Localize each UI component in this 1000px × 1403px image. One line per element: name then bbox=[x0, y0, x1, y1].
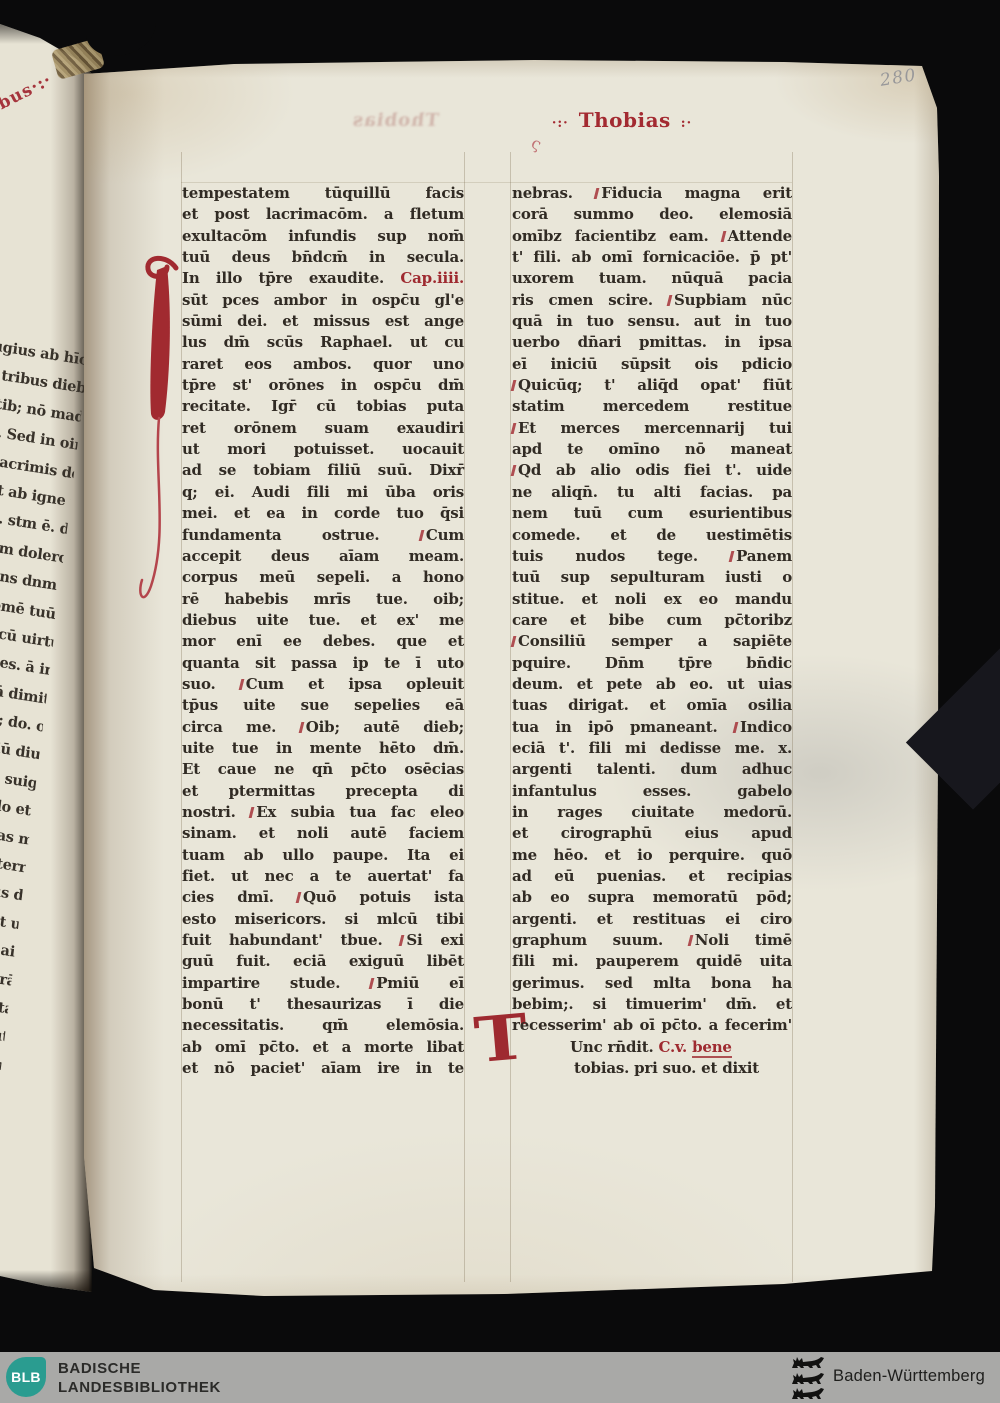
text-line: ut mori potuisset. uocauit bbox=[182, 440, 464, 461]
text-line: apd te omīno nō maneat bbox=[512, 440, 792, 461]
text-line: et ptermittas precepta di bbox=[182, 782, 464, 803]
text-line: uerbo dn̄ari pmittas. in ipsa bbox=[512, 333, 792, 354]
text-line: In illo tp̄re exaudite. Cap.iiii. bbox=[182, 269, 464, 290]
text-line: Unc rn̄dit. C.v. bene bbox=[512, 1038, 792, 1059]
blb-logo: BLB bbox=[6, 1357, 46, 1397]
text-line: tempestatem tūquillū facis bbox=[182, 184, 464, 205]
text-line: et nō paciet' aīam ire in te bbox=[182, 1059, 464, 1080]
text-line: Consiliū semper a sapiēte bbox=[512, 632, 792, 653]
text-line: recesserim' ab oī pc̄to. a fecerim' bbox=[512, 1016, 792, 1037]
text-line: mor enī ee debes. que et bbox=[182, 632, 464, 653]
initial-I-rubric bbox=[136, 252, 186, 697]
text-line: guū fuit. eciā exiguū libēt bbox=[182, 952, 464, 973]
red-paragraph-tick bbox=[511, 380, 517, 391]
text-line: care et bibe cum pc̄toribz bbox=[512, 611, 792, 632]
text-line: argenti. et restituas ei ciro bbox=[512, 910, 792, 931]
text-line: recitate. Igr̄ cū tobias puta bbox=[182, 397, 464, 418]
library-footer-bar: BLB BADISCHE LANDESBIBLIOTHEK Baden-Würt… bbox=[0, 1352, 1000, 1403]
text-line: sūmi dei. et missus est ange bbox=[182, 312, 464, 333]
text-line: fiet. ut nec a te auertat' fa bbox=[182, 867, 464, 888]
text-line: circa me. Oib; autē dieb; bbox=[182, 718, 464, 739]
red-paragraph-tick bbox=[511, 636, 517, 647]
lion-icon bbox=[791, 1372, 825, 1385]
main-page: 280 Thobias ·:· Thobias :· ς T tempestat… bbox=[84, 56, 940, 1314]
text-line: eciā t'. fili mi dedisse me. x. bbox=[512, 739, 792, 760]
text-line: sūt pces ambor in ospc̄u gl'e bbox=[182, 291, 464, 312]
text-line: statim mercedem restitue bbox=[512, 397, 792, 418]
text-line: tua in ipō pmaneant. Indico bbox=[512, 718, 792, 739]
running-title-text: Thobias bbox=[579, 108, 671, 132]
ruling-line bbox=[181, 182, 792, 183]
text-line: ad se tobiam filiū suū. Dixr̄ bbox=[182, 461, 464, 482]
red-paragraph-tick bbox=[511, 465, 517, 476]
text-line: tuū deus bn̄dcm̄ in secula. bbox=[182, 248, 464, 269]
lion-icon bbox=[791, 1387, 825, 1400]
text-line: ad eū puenias. et recipias bbox=[512, 867, 792, 888]
text-line: tp̄re st' orōnes in ospc̄u dm̄ bbox=[182, 376, 464, 397]
text-line: diebus uite tue. et ex' me bbox=[182, 611, 464, 632]
text-line: nem tuū cum esurientibus bbox=[512, 504, 792, 525]
ruling-line bbox=[792, 152, 793, 1282]
text-line: in rages ciuitate medorū. bbox=[512, 803, 792, 824]
text-line: graphum suum. Noli timē bbox=[512, 931, 792, 952]
text-line: stitue. et noli ex eo mandu bbox=[512, 590, 792, 611]
text-line: lus dm̄ scūs Raphael. ut cu bbox=[182, 333, 464, 354]
text-line: Qd ab alio odis fiei t'. uide bbox=[512, 461, 792, 482]
page-number: 280 bbox=[879, 65, 919, 91]
text-line: uxorem tuam. nūquā pacia bbox=[512, 269, 792, 290]
title-flourish: ς bbox=[529, 133, 545, 154]
text-line: pquire. Dn̄m tp̄re bn̄dic bbox=[512, 654, 792, 675]
text-line: corpus meū sepeli. a hono bbox=[182, 568, 464, 589]
red-paragraph-tick bbox=[594, 188, 600, 199]
library-name-line1: BADISCHE bbox=[58, 1359, 221, 1378]
text-line: impartire stude. Pmiū eī bbox=[182, 974, 464, 995]
ruling-line bbox=[510, 152, 511, 1282]
text-line: deum. et pete ab eo. ut uias bbox=[512, 675, 792, 696]
text-line: gerimus. sed mlta bona ha bbox=[512, 974, 792, 995]
facing-page-strip: bus·:· sugius ab hīoet tribus dieb;octib… bbox=[0, 14, 92, 1292]
text-line: me hēo. et io perquire. quō bbox=[512, 846, 792, 867]
text-line: Et caue ne qn̄ pc̄to osēcias bbox=[182, 760, 464, 781]
text-column-1: tempestatem tūquillū faciset post lacrim… bbox=[182, 184, 464, 1080]
text-line: tuū sup sepulturam iusti o bbox=[512, 568, 792, 589]
text-line: tp̄us uite sue sepelies eā bbox=[182, 696, 464, 717]
text-line: nebras. Fiducia magna erit bbox=[512, 184, 792, 205]
coat-of-arms-icon bbox=[791, 1356, 825, 1400]
text-line: tuis nudos tege. Panem bbox=[512, 547, 792, 568]
gutter-shadow bbox=[86, 0, 156, 56]
text-line: fuit habundant' tbue. Si exi bbox=[182, 931, 464, 952]
facing-page-header-fragment: bus·:· bbox=[0, 70, 55, 114]
text-column-2: nebras. Fiducia magna eritcorā summo deo… bbox=[512, 184, 792, 1080]
text-line: ab omī pc̄to. et a morte libat bbox=[182, 1038, 464, 1059]
text-line: ne aliqn̄. tu alti facias. pa bbox=[512, 483, 792, 504]
text-line: fundamenta ostrue. Cum bbox=[182, 526, 464, 547]
running-title: ·:· Thobias :· bbox=[512, 108, 732, 132]
text-line: et post lacrimacōm. a fletum bbox=[182, 205, 464, 226]
text-line: ris cmen scire. Supbiam nūc bbox=[512, 291, 792, 312]
text-line: ab eo supra memoratū pōd; bbox=[512, 888, 792, 909]
text-line: tuas dirigat. et omīa osilia bbox=[512, 696, 792, 717]
text-line: corā summo deo. elemosiā bbox=[512, 205, 792, 226]
text-line: bebim;. si timuerim' dm̄. et bbox=[512, 995, 792, 1016]
text-line: nostri. Ex subia tua fac eleo bbox=[182, 803, 464, 824]
text-line: accepit deus aīam meam. bbox=[182, 547, 464, 568]
text-line: Et merces mercennarij tui bbox=[512, 419, 792, 440]
title-ornament-left: ·:· bbox=[552, 116, 569, 131]
text-line: exultacōm infundis sup nom̄ bbox=[182, 227, 464, 248]
library-name: BADISCHE LANDESBIBLIOTHEK bbox=[58, 1359, 221, 1397]
text-line: tuam ab ullo paupe. Ita ei bbox=[182, 846, 464, 867]
text-line: argenti talenti. dum adhuc bbox=[512, 760, 792, 781]
text-line: omībz facientibz eam. Attende bbox=[512, 227, 792, 248]
red-paragraph-tick bbox=[511, 423, 517, 434]
ruling-line bbox=[464, 152, 465, 1282]
text-line: rē habebis mrīs tue. oib; bbox=[182, 590, 464, 611]
text-line: quanta sit passa ip te ī uto bbox=[182, 654, 464, 675]
text-line: tobias. pri suo. et dixit bbox=[512, 1059, 792, 1080]
text-line: esto misericors. si mlcū tibi bbox=[182, 910, 464, 931]
red-paragraph-tick bbox=[399, 935, 405, 946]
text-line: cies dmī. Quō potuis ista bbox=[182, 888, 464, 909]
library-name-line2: LANDESBIBLIOTHEK bbox=[58, 1378, 221, 1397]
text-line: suo. Cum et ipsa opleuit bbox=[182, 675, 464, 696]
text-line: comede. et de uestimētis bbox=[512, 526, 792, 547]
lion-icon bbox=[791, 1356, 825, 1369]
region-name: Baden-Württemberg bbox=[833, 1367, 985, 1386]
text-line: quā in tuo sensu. aut in tuo bbox=[512, 312, 792, 333]
text-line: uite tue in mente hēto dm̄. bbox=[182, 739, 464, 760]
text-line: bonū t' thesaurizas ī die bbox=[182, 995, 464, 1016]
text-line: necessitatis. qm̄ elemōsia. bbox=[182, 1016, 464, 1037]
facing-page-text: sugius ab hīoet tribus dieb;octib; nō ma… bbox=[0, 336, 89, 1282]
text-line: ret orōnem suam exaudiri bbox=[182, 419, 464, 440]
digitized-manuscript-scan: { "page_number": "280", "running_title":… bbox=[0, 0, 1000, 1403]
text-line: Quicūq; t' aliq̄d opat' fiūt bbox=[512, 376, 792, 397]
title-ornament-right: :· bbox=[681, 116, 692, 131]
text-line: sinam. et noli autē faciem bbox=[182, 824, 464, 845]
text-line: raret eos ambos. quor uno bbox=[182, 355, 464, 376]
text-line: infantulus esses. gabelo bbox=[512, 782, 792, 803]
text-line: mei. et ea in corde tuo q̄si bbox=[182, 504, 464, 525]
title-ink-offset: Thobias bbox=[351, 110, 440, 131]
text-line: q; ei. Audi fili mi ūba oris bbox=[182, 483, 464, 504]
text-line: et cirographū eius apud bbox=[512, 824, 792, 845]
text-line: fili mi. pauperem quidē uita bbox=[512, 952, 792, 973]
text-line: eī iniciū sūpsit ois pdicio bbox=[512, 355, 792, 376]
text-line: t' fili. ab omī fornicaciōe. p̄ pt' bbox=[512, 248, 792, 269]
